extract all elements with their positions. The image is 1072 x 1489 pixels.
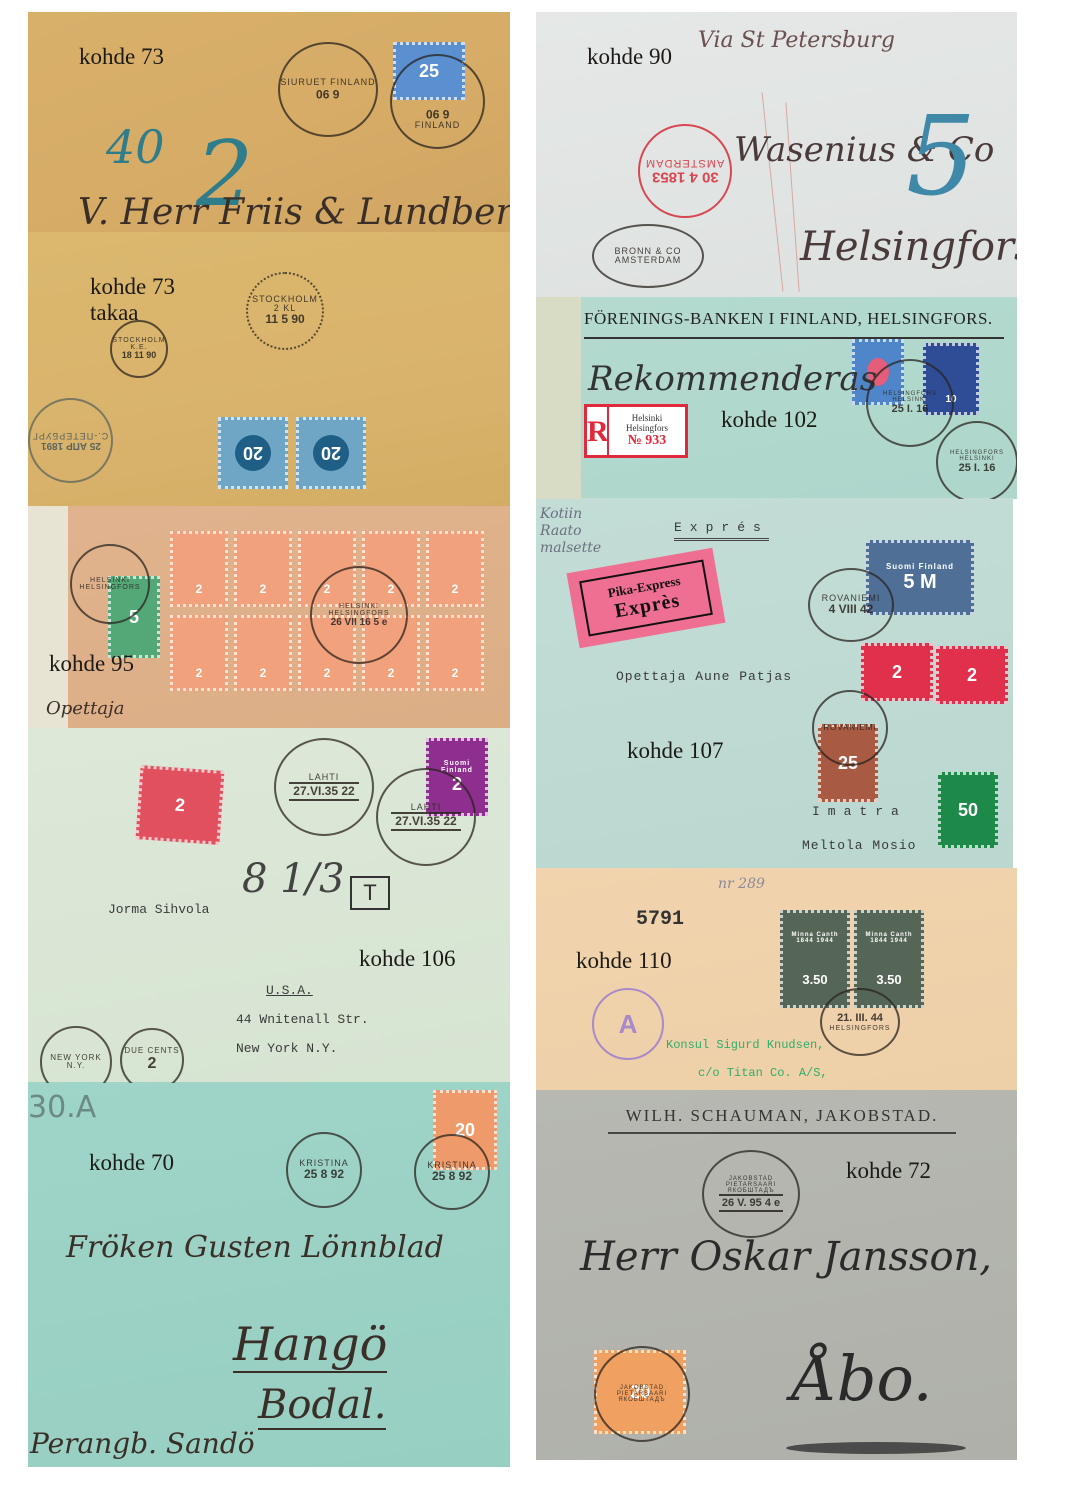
manuscript-city: Helsingfors. [800,224,1017,270]
manuscript-route: Via St Petersburg [698,28,895,53]
due-postmark: DUE CENTS 2 [120,1028,184,1083]
t-mark: T [350,876,390,910]
manuscript-note: Opettaja [46,698,124,719]
registration-label: R Helsinki Helsingfors № 933 [584,404,688,458]
letterhead: WILH. SCHAUMAN, JAKOBSTAD. [608,1106,956,1134]
registration-number: № 933 [628,433,667,449]
manuscript-tax: 5 [906,92,976,220]
address-line: c/o Titan Co. A/S, [698,1066,828,1080]
lot-label: kohde 95 [49,651,134,677]
cover-kohde-73-back: kohde 73 takaa STOCKHOLM 2 KL 11 5 90 ST… [28,232,510,506]
lot-label: kohde 102 [721,407,817,433]
postmark: HELSINKI HELSINGFORS [70,544,150,624]
stamp-2-kop: 2 [426,615,484,691]
cover-kohde-72: WILH. SCHAUMAN, JAKOBSTAD. JAKOBSTAD PIE… [536,1090,1017,1460]
postmark: KRISTINA 25 8 92 [414,1134,490,1210]
postmark: 21. III. 44 HELSINGFORS [820,988,900,1056]
number-stamp: 5791 [636,908,684,931]
address-line: Jorma Sihvola [108,902,209,917]
address-line: Hangö [233,1317,387,1373]
registration-city: Helsinki [632,413,663,423]
postmark: STOCKHOLM 2 KL 11 5 90 [246,272,324,350]
lot-label: kohde 107 [627,738,723,764]
lot-label: kohde 73 takaa [90,274,175,327]
cover-kohde-110: nr 289 5791 kohde 110 A Minna Canth 1844… [536,868,1017,1091]
registration-letter: R [587,407,609,455]
manuscript-address: V. Herr Friis & Lundberg [78,192,510,233]
red-postmark: AMSTERDAM 30 4 1853 [638,124,732,218]
postmark: LAHTI 27.VI.35 22 [274,738,374,836]
stamp-2-kop: 2 [234,615,292,691]
stamp-50-lion: 50 [938,772,998,848]
address-line: Imatra [812,804,907,819]
address-line: Meltola Mosio [802,838,916,853]
postmark: STOCKHOLM K.E. 18 11 90 [110,320,168,378]
postmark: HELSINGFORS HELSINKI 25 I. 16 [936,421,1017,499]
postmark: 6 90 FINLAND [390,54,485,149]
postmark: KRISTINA 25 8 92 [286,1132,362,1208]
stamp-2-lion: 2 [861,643,933,701]
express-label: Pika-Express Exprès [567,548,726,649]
stamp-2-kop: 2 [170,615,228,691]
stamp-2-kop: 2 [170,531,228,607]
pencil-note: Kotiin Raato malsette [540,506,600,556]
address-line: Bodal. [258,1382,386,1430]
postmark: NEW YORK N.Y. [40,1026,112,1083]
postmark: HELSINGFORS HELSINKI 25 I. 16 [866,359,954,447]
postage-due-stamp: 20 [218,417,288,489]
lot-label: kohde 106 [359,946,455,972]
paper-strip [536,297,581,499]
cover-kohde-102: FÖRENINGS-BANKEN I FINLAND, HELSINGFORS.… [536,297,1017,499]
stamp-2-kop: 2 [426,531,484,607]
postmark: SIURUET FINLAND 6 90 [278,42,378,137]
address-line: New York N.Y. [236,1041,337,1056]
address-line: Opettaja Aune Patjas [616,669,792,684]
lot-label: kohde 73 [79,44,164,70]
postage-due-stamp: 20 [296,417,366,489]
corner-note: 30.A [28,1090,96,1125]
address-line: Herr Oskar Jansson, [580,1234,992,1280]
address-line: U.S.A. [266,983,313,998]
cover-kohde-90: kohde 90 Via St Petersburg AMSTERDAM 30 … [536,12,1017,297]
manuscript-40: 40 [106,120,165,174]
cover-kohde-73-front: kohde 73 SIURUET FINLAND 6 90 6 90 FINLA… [28,12,510,233]
address-line: 44 Wnitenall Str. [236,1012,369,1027]
address-line: Perangb. Sandö [30,1427,255,1460]
oval-cachet: BRONN & CO AMSTERDAM [592,224,704,288]
address-line: Konsul Sigurd Knudsen, [666,1038,824,1052]
cover-kohde-106: 2 LAHTI 27.VI.35 22 LAHTI 27.VI.35 22 Su… [28,728,510,1083]
manuscript-rekommenderas: Rekommenderas [588,359,877,399]
letterhead: FÖRENINGS-BANKEN I FINLAND, HELSINGFORS. [584,309,1004,339]
address-line: Fröken Gusten Lönnblad [66,1230,444,1265]
cover-kohde-95: HELSINKI HELSINGFORS 5 2222222222 HELSIN… [28,506,510,728]
address-line: Åbo. [792,1342,932,1415]
pencil-note: nr 289 [718,876,765,892]
ink-smudge [786,1442,966,1454]
cover-kohde-107: Kotiin Raato malsette Exprés Pika-Expres… [536,498,1013,868]
lot-label: kohde 110 [576,948,672,974]
postmark: LAHTI 27.VI.35 22 [376,768,476,866]
stamp-2-lion: 2 [936,646,1008,704]
postage-due-stamp: 2 [136,765,225,845]
lot-label: kohde 70 [89,1150,174,1176]
registration-city: Helsingfors [626,423,668,433]
express-header: Exprés [674,520,769,541]
postmark: C.-ПЕТЕРБУРГ 25 АПР 1891 [28,398,113,483]
censor-mark: A [592,988,664,1060]
postmark: HELSINKI HELSINGFORS 26 VII 16 5 e [310,566,408,664]
postmark: ROVANIEMI [812,690,888,766]
stamp-2-kop: 2 [234,531,292,607]
lot-label: kohde 90 [587,44,672,70]
postmark: JAKOBSTAD PIETARSAARI ЯКОБШТАДЪ 26 V. 95… [702,1150,800,1238]
postmark: JAKOBSTAD PIETARSAARI ЯКОБШТАДЪ [594,1346,690,1442]
manuscript-tax: 8 1/3 [242,856,345,902]
lot-label: kohde 72 [846,1158,931,1184]
red-pencil-stroke [762,92,784,291]
censor-tape [28,506,68,728]
postmark: ROVANIEMI 4 VIII 42 [808,568,894,642]
cover-kohde-70: 30.A kohde 70 KRISTINA 25 8 92 20 KRISTI… [28,1082,510,1467]
